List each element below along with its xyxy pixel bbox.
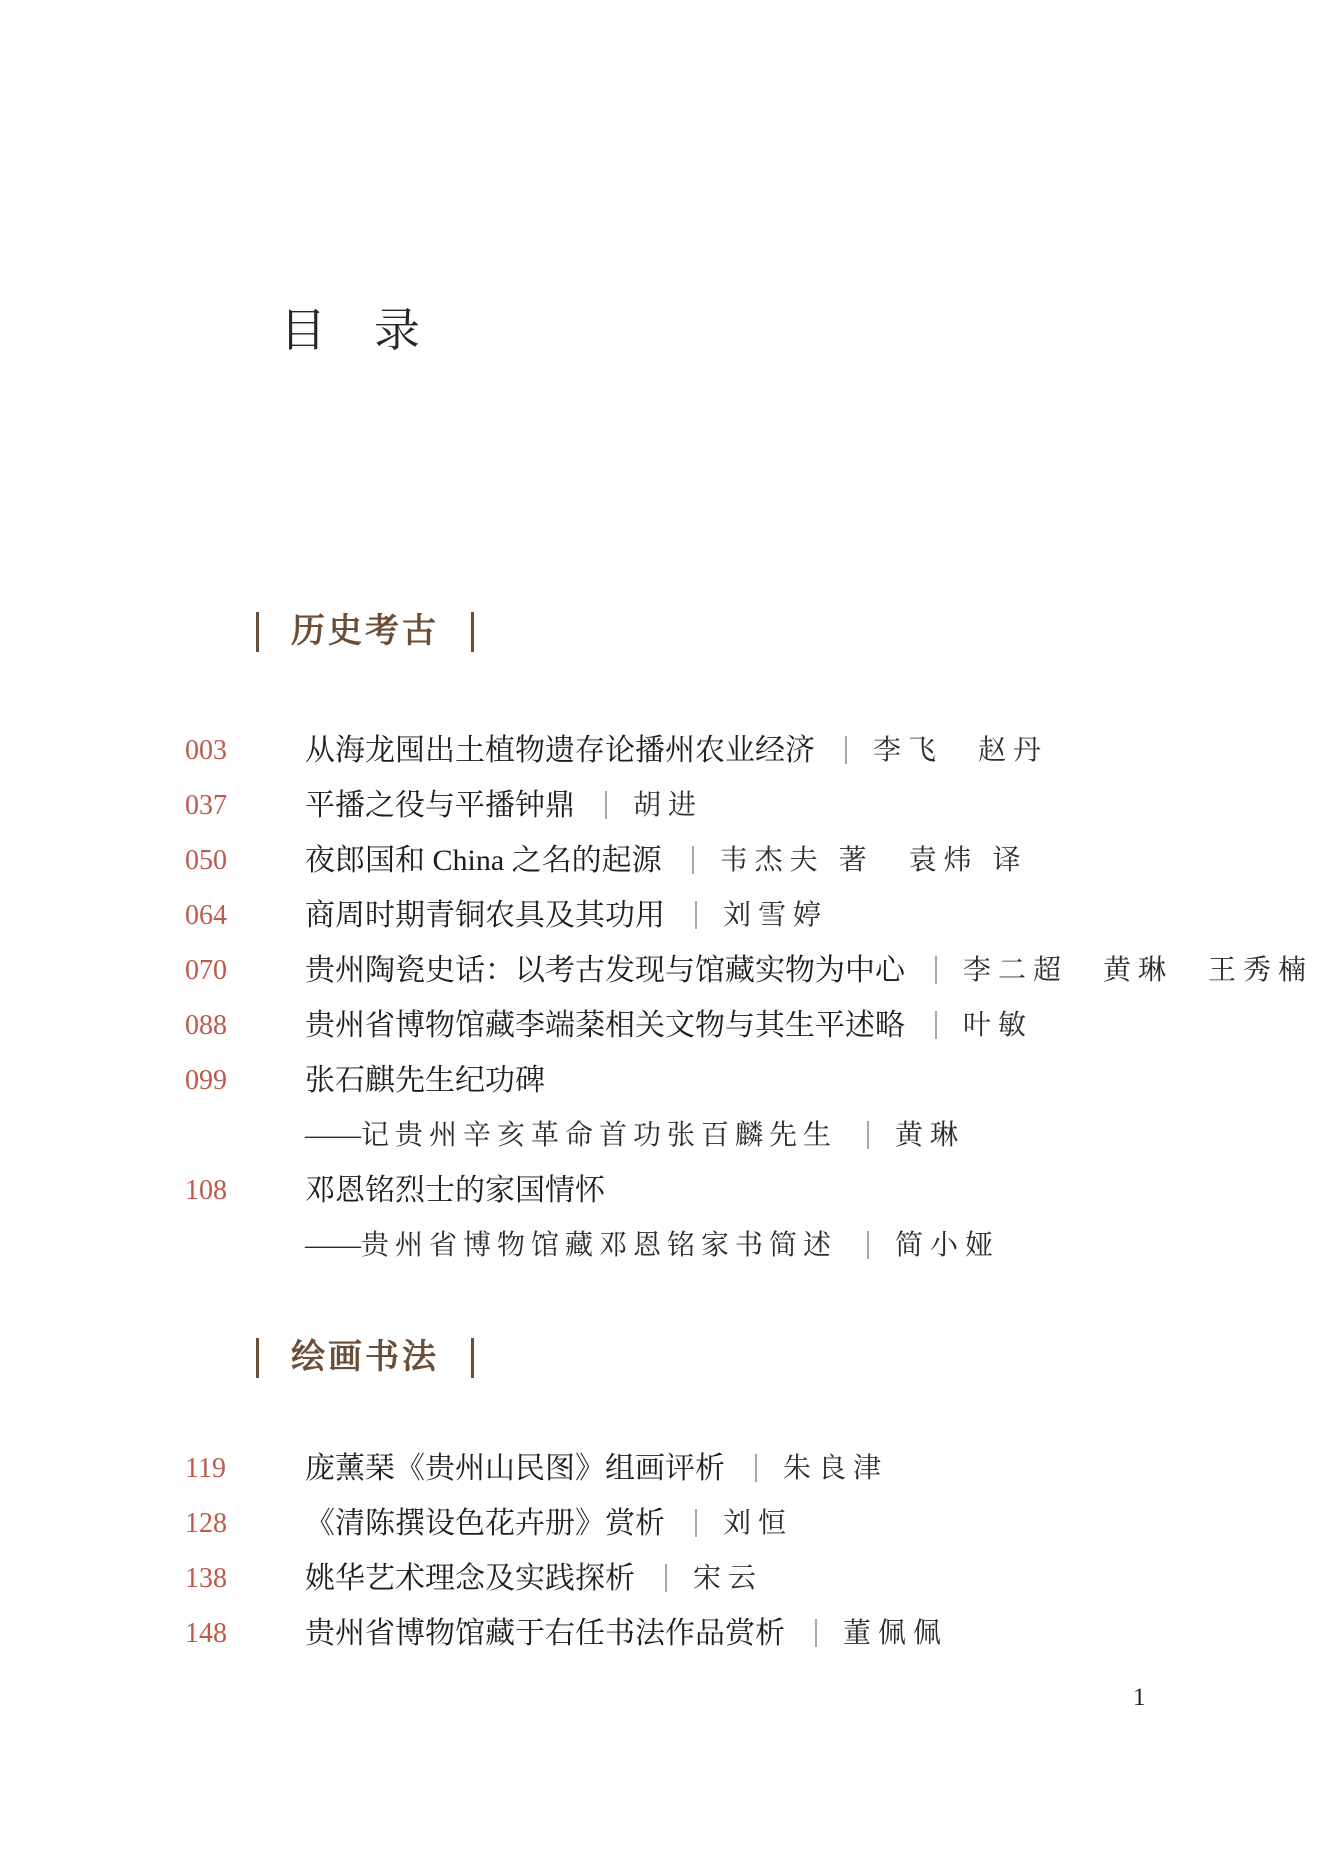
toc-item: 148贵州省博物馆藏于右任书法作品赏析董佩佩 [185,1605,1293,1660]
page-ref-number: 148 [185,1606,305,1661]
toc-item: 138姚华艺术理念及实践探析宋云 [185,1550,1293,1605]
footer-page-number: 1 [1133,1684,1146,1712]
toc-item: 050夜郎国和 China 之名的起源韦杰夫 著 袁炜 译 [185,832,1293,887]
article-title: 夜郎国和 China 之名的起源 [305,844,662,877]
subtitle-dash: —— [305,1230,361,1261]
article-authors: 黄琳 [895,1120,965,1151]
article-authors: 叶敏 [963,1010,1033,1041]
section-header-painting-calligraphy: 绘画书法 [256,1338,474,1378]
page-ref-number: 070 [185,943,305,998]
article-title: 贵州省博物馆藏李端棻相关文物与其生平述略 [305,1009,905,1042]
article-subtitle: 记贵州辛亥革命首功张百麟先生 [361,1120,837,1151]
toc-item: 108邓恩铭烈士的家国情怀 [185,1162,1293,1217]
toc-list-painting-calligraphy: 119庞薰琹《贵州山民图》组画评析朱良津 128《清陈撰设色花卉册》赏析刘恒 1… [185,1440,1293,1660]
article-title: 平播之役与平播钟鼎 [305,789,575,822]
article-title: 贵州陶瓷史话：以考古发现与馆藏实物为中心 [305,954,905,987]
article-title: 贵州省博物馆藏于右任书法作品赏析 [305,1617,785,1650]
author-separator-bar-icon [695,1509,697,1537]
article-authors: 董佩佩 [843,1618,948,1649]
author-separator-bar-icon [845,736,847,764]
article-title: 庞薰琹《贵州山民图》组画评析 [305,1452,725,1485]
page-ref-number: 108 [185,1163,305,1218]
author-separator-bar-icon [815,1619,817,1647]
page-ref-number: 119 [185,1441,305,1496]
article-title: 张石麒先生纪功碑 [305,1064,545,1097]
article-authors: 韦杰夫 著 袁炜 译 [720,845,1028,876]
author-separator-bar-icon [935,956,937,984]
toc-item-subtitle: ——记贵州辛亥革命首功张百麟先生黄琳 [185,1107,1293,1162]
article-authors: 李二超 黄琳 王秀楠 [963,955,1313,986]
section-divider-bar-icon [256,612,259,652]
section-header-history-archaeology: 历史考古 [256,612,474,652]
page-ref-number: 003 [185,723,305,778]
author-separator-bar-icon [665,1564,667,1592]
article-authors: 胡进 [633,790,703,821]
article-subtitle: 贵州省博物馆藏邓恩铭家书简述 [361,1230,837,1261]
article-title: 姚华艺术理念及实践探析 [305,1562,635,1595]
page-ref-number: 138 [185,1551,305,1606]
section-divider-bar-icon [471,612,474,652]
article-authors: 刘恒 [723,1508,793,1539]
article-authors: 朱良津 [783,1453,888,1484]
page-ref-number: 064 [185,888,305,943]
toc-item: 037平播之役与平播钟鼎胡进 [185,777,1293,832]
toc-item: 119庞薰琹《贵州山民图》组画评析朱良津 [185,1440,1293,1495]
section-divider-bar-icon [256,1338,259,1378]
page-ref-number: 088 [185,998,305,1053]
section-divider-bar-icon [471,1338,474,1378]
page-ref-number: 050 [185,833,305,888]
author-separator-bar-icon [695,901,697,929]
article-authors: 刘雪婷 [723,900,828,931]
author-separator-bar-icon [867,1121,869,1149]
toc-item-subtitle: ——贵州省博物馆藏邓恩铭家书简述简小娅 [185,1217,1293,1272]
page-ref-number: 128 [185,1496,305,1551]
page-ref-number: 037 [185,778,305,833]
page-title: 目 录 [280,308,421,354]
author-separator-bar-icon [935,1011,937,1039]
toc-item: 064商周时期青铜农具及其功用刘雪婷 [185,887,1293,942]
article-authors: 简小娅 [895,1230,1000,1261]
article-authors: 李飞 赵丹 [873,735,1048,766]
author-separator-bar-icon [692,846,694,874]
toc-list-history-archaeology: 003从海龙囤出土植物遗存论播州农业经济李飞 赵丹 037平播之役与平播钟鼎胡进… [185,722,1293,1272]
page-ref-number: 099 [185,1053,305,1108]
author-separator-bar-icon [605,791,607,819]
article-title: 商周时期青铜农具及其功用 [305,899,665,932]
author-separator-bar-icon [867,1231,869,1259]
article-title: 邓恩铭烈士的家国情怀 [305,1174,605,1207]
section-label: 历史考古 [291,613,439,650]
author-separator-bar-icon [755,1454,757,1482]
section-label: 绘画书法 [291,1339,439,1376]
article-title: 《清陈撰设色花卉册》赏析 [305,1507,665,1540]
toc-item: 099张石麒先生纪功碑 [185,1052,1293,1107]
toc-item: 003从海龙囤出土植物遗存论播州农业经济李飞 赵丹 [185,722,1293,777]
toc-item: 088贵州省博物馆藏李端棻相关文物与其生平述略叶敏 [185,997,1293,1052]
article-authors: 宋云 [693,1563,763,1594]
toc-item: 070贵州陶瓷史话：以考古发现与馆藏实物为中心李二超 黄琳 王秀楠 [185,942,1293,997]
article-title: 从海龙囤出土植物遗存论播州农业经济 [305,734,815,767]
toc-item: 128《清陈撰设色花卉册》赏析刘恒 [185,1495,1293,1550]
subtitle-dash: —— [305,1120,361,1151]
